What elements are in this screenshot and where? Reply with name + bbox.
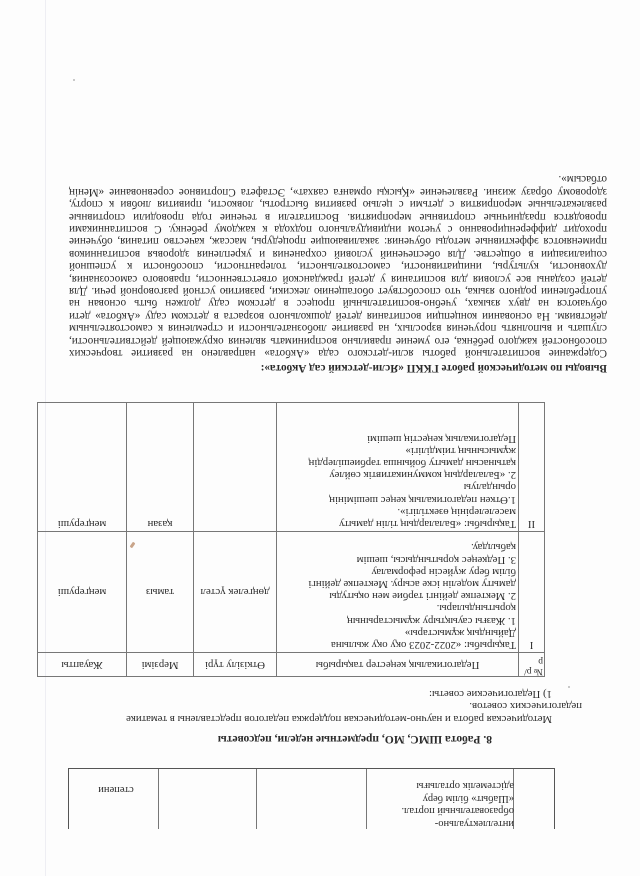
row-number: I	[519, 532, 545, 653]
previous-table-fragment: интеллектуально-образовательный портал. …	[68, 768, 555, 829]
table-row: II Тақырыбы: «Балалардың тілін дамыту мә…	[38, 403, 545, 532]
topic-line: орындалуы	[279, 481, 516, 493]
row-topic: Тақырыбы: «2022-2023 оқу оқу жылына Дайы…	[277, 532, 519, 653]
topic-line: Дайындық жұмыстары»	[279, 627, 516, 639]
table-column-divider	[256, 769, 257, 829]
row-topic: Тақырыбы: «Балалардың тілін дамыту мәсел…	[277, 403, 519, 532]
topic-line: қорытындылары.	[279, 602, 516, 614]
conclusions-heading: Выводы по методической работе ГККП «Ясли…	[261, 362, 607, 374]
topic-line: дамыту моделін іске асыру. Мектепке дейі…	[279, 578, 516, 590]
topic-line: Тақырыбы: «2022-2023 оқу оқу жылына	[279, 639, 516, 651]
topic-line: қатынасын дамыту бойынша тәрбиешілердің	[279, 457, 516, 469]
topic-line: 3. Педкеңес қорытындысы, шешім	[279, 553, 516, 565]
scanned-document-page: интеллектуально-образовательный портал. …	[0, 0, 640, 876]
topic-line: 1. Жазғы сауықтыру жұмыстарының	[279, 614, 516, 626]
scan-speck	[73, 79, 75, 81]
fragment-activity-cell: интеллектуально-образовательный портал. …	[374, 779, 514, 829]
section-8-intro: Методическая работа и научно-методическа…	[62, 700, 582, 725]
topic-line: Педагогикалық кеңестің шешімі	[279, 432, 516, 444]
section-8-subheading: 1) Педагогические советы:	[62, 688, 582, 701]
header-number: № р/р	[519, 653, 545, 677]
row-responsible: меңгеруші	[38, 403, 127, 532]
conclusions-paragraph: Содержание воспитательной работы ясли-де…	[69, 173, 607, 359]
fragment-result-cell: степени	[76, 783, 156, 796]
table-column-divider	[366, 769, 367, 829]
row-form: дөңгелек үстел	[194, 532, 277, 653]
table-header-row: № р/р Педагогикалық кеңестер тақырыбы Өт…	[38, 653, 545, 677]
row-responsible: меңгеруші	[38, 532, 127, 653]
topic-line: Тақырыбы: «Балалардың тілін дамыту	[279, 518, 516, 530]
row-number: II	[519, 403, 545, 532]
topic-line: қабылдау.	[279, 541, 516, 553]
topic-line: жұмысының тиімділігі»	[279, 445, 516, 457]
topic-line: білім беру жүйесін реформалау	[279, 566, 516, 578]
table-row: I Тақырыбы: «2022-2023 оқу оқу жылына Да…	[38, 532, 545, 653]
topic-line: 2. Мектепке дейінгі тәрбие мен оқытуды	[279, 590, 516, 602]
header-form: Өткізілу түрі	[194, 653, 277, 677]
header-topic: Педагогикалық кеңестер тақырыбы	[277, 653, 519, 677]
header-date: Мерзімі	[127, 653, 194, 677]
row-date: қазан	[127, 403, 194, 532]
scan-speck	[568, 686, 570, 688]
topic-line: 1.Өткен педагогикалық кеңес шешімінің	[279, 493, 516, 505]
section-8-body: Методическая работа и научно-методическа…	[62, 688, 582, 726]
header-responsible: Жауапты	[38, 653, 127, 677]
row-date: тамыз	[127, 532, 194, 653]
pedagogical-councils-table: № р/р Педагогикалық кеңестер тақырыбы Өт…	[37, 402, 545, 677]
topic-line: мәселелерінің өзектілігі».	[279, 506, 516, 518]
topic-line: 2. «Балалардың коммуникативтік сөйлеу	[279, 469, 516, 481]
section-8-heading: 8. Работа ШМС, МО, предметные недели, пе…	[218, 733, 492, 745]
table-column-divider	[158, 769, 159, 829]
row-form	[194, 403, 277, 532]
